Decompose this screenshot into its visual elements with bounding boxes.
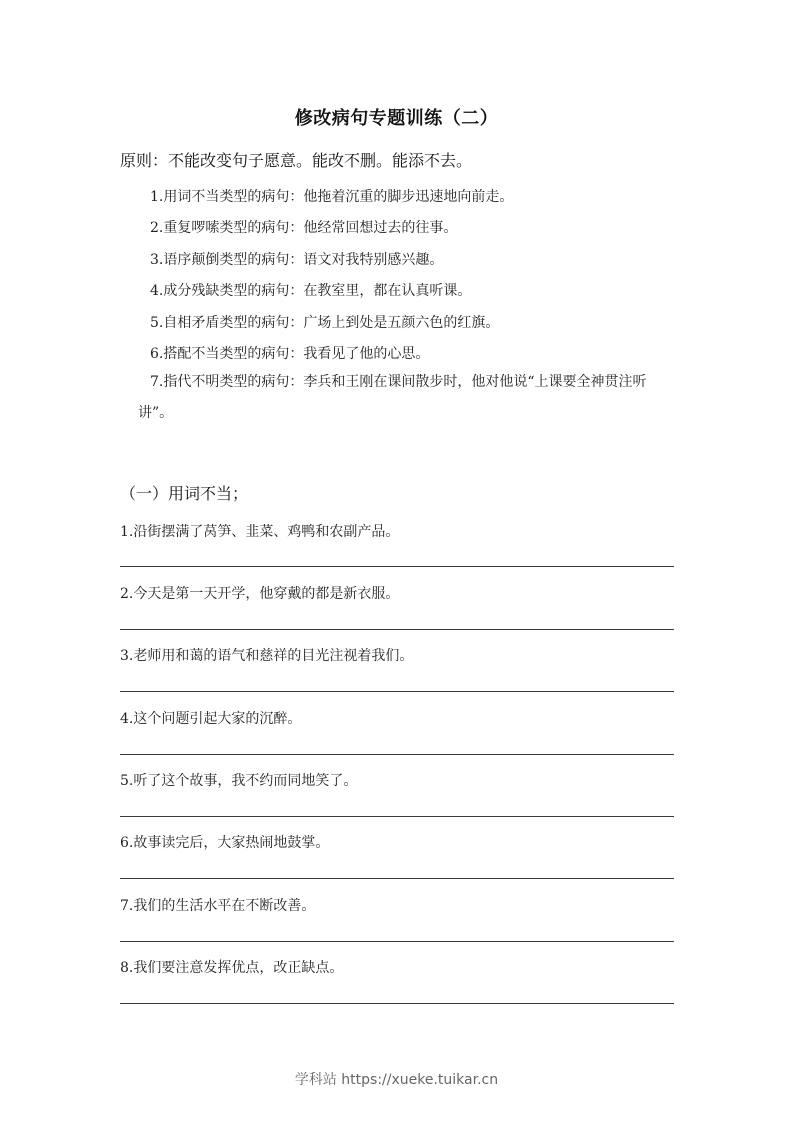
- question-item: 1.沿街摆满了莴笋、韭菜、鸡鸭和农副产品。: [120, 521, 399, 541]
- footer-watermark: 学科站 https://xueke.tuikar.cn: [0, 1069, 793, 1089]
- answer-line[interactable]: [120, 1003, 674, 1004]
- question-item: 6.故事读完后，大家热闹地鼓掌。: [120, 832, 329, 852]
- answer-line[interactable]: [120, 691, 674, 692]
- rule-item: 6.搭配不当类型的病句：我看见了他的心思。: [150, 343, 429, 363]
- question-item: 3.老师用和蔼的语气和慈祥的目光注视着我们。: [120, 645, 413, 665]
- section-heading: （一）用词不当；: [120, 481, 248, 504]
- question-item: 4.这个问题引起大家的沉醉。: [120, 708, 301, 728]
- answer-line[interactable]: [120, 566, 674, 567]
- principle-text: 原则：不能改变句子愿意。能改不删。能添不去。: [120, 148, 472, 171]
- answer-line[interactable]: [120, 816, 674, 817]
- answer-line[interactable]: [120, 629, 674, 630]
- page-title: 修改病句专题训练（二）: [0, 104, 793, 130]
- worksheet-page: 修改病句专题训练（二） 原则：不能改变句子愿意。能改不删。能添不去。 1.用词不…: [0, 0, 793, 1122]
- answer-line[interactable]: [120, 941, 674, 942]
- rule-item: 7.指代不明类型的病句：李兵和王刚在课间散步时，他对他说“上课要全神贯注听讲”。: [138, 367, 678, 429]
- rule-item: 1.用词不当类型的病句：他拖着沉重的脚步迅速地向前走。: [150, 186, 513, 206]
- rule-item: 4.成分残缺类型的病句：在教室里，都在认真听课。: [150, 280, 471, 300]
- question-item: 8.我们要注意发挥优点，改正缺点。: [120, 957, 343, 977]
- question-item: 5.听了这个故事，我不约而同地笑了。: [120, 770, 357, 790]
- answer-line[interactable]: [120, 878, 674, 879]
- question-item: 7.我们的生活水平在不断改善。: [120, 895, 315, 915]
- rule-item: 5.自相矛盾类型的病句：广场上到处是五颜六色的红旗。: [150, 312, 499, 332]
- rule-item: 2.重复啰嗦类型的病句：他经常回想过去的往事。: [150, 217, 457, 237]
- answer-line[interactable]: [120, 754, 674, 755]
- question-item: 2.今天是第一天开学，他穿戴的都是新衣服。: [120, 583, 399, 603]
- rule-item: 3.语序颠倒类型的病句：语文对我特别感兴趣。: [150, 249, 443, 269]
